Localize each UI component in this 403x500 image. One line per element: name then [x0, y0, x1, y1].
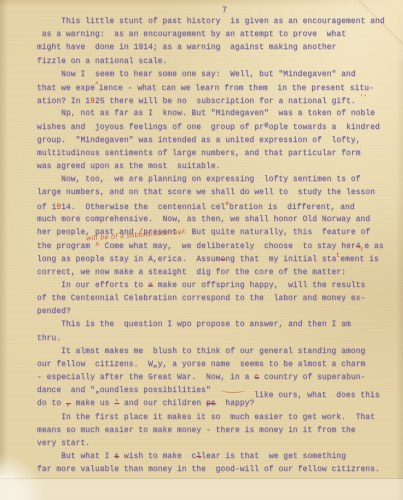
typed-line: far more valuable than money in the good… — [37, 464, 389, 477]
typed-line: correct, we now make a steaight dig for … — [37, 267, 389, 280]
typed-line: large numbers, and on that score we shal… — [37, 187, 389, 200]
typed-line: that we expe^ience - what can we learn f… — [37, 82, 389, 95]
typed-line: fizzle on a national scale. — [37, 56, 389, 69]
typed-line: ation? In 1925 there will be no subscrip… — [37, 95, 389, 108]
scanned-typewritten-page: 7 This little stunt of past history is g… — [0, 0, 403, 500]
typed-line: of 1914. Otherwise the centennial celebr… — [37, 201, 389, 214]
paper-bottom-edge — [0, 478, 403, 500]
typed-lines: This little stunt of past history is giv… — [37, 16, 389, 478]
typed-line: very start. — [37, 438, 389, 451]
typed-line: In the first place it makes it so much e… — [37, 412, 389, 425]
typed-line: much more comprehensive. Now, as then, w… — [37, 214, 389, 227]
typed-line: pended? — [37, 306, 389, 319]
typed-line: This little stunt of past history is giv… — [37, 16, 389, 29]
typed-line: as a warning: as an encouragement by an … — [37, 29, 389, 42]
typed-line: This is the question I wpo propose to an… — [37, 319, 389, 332]
typed-line: Np, not as far as I know. But "Mindegave… — [37, 108, 389, 121]
typed-line: was agreed upon as the most suitable. — [37, 161, 389, 174]
typed-line: thru. — [37, 333, 389, 346]
page-number: 7 — [222, 6, 227, 15]
typed-line: means so much easier to make money - the… — [37, 425, 389, 438]
typed-line: In our efforts to x make our offspring h… — [37, 280, 389, 293]
typed-line: might have done in 1914; as a warning ag… — [37, 42, 389, 55]
typed-line: But what I s wish to make cllear is that… — [37, 451, 389, 464]
typed-line: dance and "„oundless possibilities" like… — [37, 385, 389, 398]
typed-line: of the Centennial Celebration correspond… — [37, 293, 389, 306]
typed-line: wishes and joyous feelings of one group … — [37, 122, 389, 135]
typed-line: our fellow citizens. W„y, a yorse name s… — [37, 359, 389, 372]
typed-line: Now I seem to hear some one say: Well, b… — [37, 69, 389, 82]
typed-line: Now, too, we are planning on expressing … — [37, 174, 389, 187]
typed-line: group. "Mindegaven" was intended as a un… — [37, 135, 389, 148]
typed-line: multitudinous sentiments of large number… — [37, 148, 389, 161]
typed-line: - especially after the Great War. Now, i… — [37, 372, 389, 385]
typed-line: It almst makes me blush to think of our … — [37, 346, 389, 359]
typed-line: long as people stay in A,erica. Assumong… — [37, 253, 389, 266]
